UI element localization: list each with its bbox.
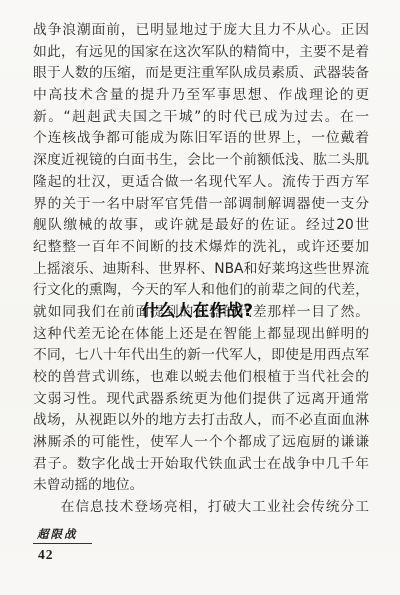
text-line: 校的兽营式训练，也难以蜕去他们根植于当代社会的 — [33, 367, 369, 389]
text-segment: 差那样一目了然。 — [253, 304, 369, 320]
scanned-book-page: { "document": { "language": "zh-CN", "bo… — [0, 0, 400, 595]
text-segment: 就如同我们在前面 — [33, 304, 150, 320]
text-line: 中高技术含量的提升乃至军事思想、作战理论的更 — [33, 85, 369, 107]
text-line: 不同，七八十年代出生的新一代军人，即使是用西点军 — [33, 345, 369, 367]
text-line: 文弱习性。现代武器系统更为他们提供了远离开通常 — [33, 389, 369, 411]
text-line: 行文化的熏陶，今天的军人和他们的前辈之间的代差， — [33, 280, 369, 302]
page-footer: 超限战 42 — [33, 523, 92, 563]
running-footer-book-title: 超限战 — [33, 526, 92, 544]
text-line: 新。“赳赳武夫国之干城”的时代已成为过去。在一 — [33, 107, 369, 129]
text-line: 战场，从视距以外的地方去打击敌人，而不必直面血淋 — [33, 410, 369, 432]
body-text-block: 战争浪潮面前，已明显地过于庞大且力不从心。正因如此，有远见的国家在这次军队的精简… — [33, 20, 369, 519]
text-line: 战争浪潮面前，已明显地过于庞大且力不从心。正因 — [33, 20, 369, 42]
text-line: 君子。数字化战士开始取代铁血武士在战争中几千年 — [33, 454, 369, 476]
text-line: 界的关于一名中尉军官凭借一部调制解调器使一支分 — [33, 194, 369, 216]
text-line: 就如同我们在前面提到的武器的代差那样一目了然。什么人在作战? — [33, 302, 369, 324]
text-line: 个连核战争都可能成为陈旧军语的世界上，一位戴着 — [33, 128, 369, 150]
text-line: 纪整整一百年不间断的技术爆炸的洗礼，或许还要加 — [33, 237, 369, 259]
text-line: 眼于人数的压缩，而是更注重军队成员素质、武器装备 — [33, 63, 369, 85]
text-line: 上摇滚乐、迪斯科、世界杯、NBA和好莱坞这些世界流 — [33, 259, 369, 281]
text-line: 在信息技术登场亮相，打破大工业社会传统分工 — [33, 497, 369, 519]
text-line: 这种代差无论在体能上还是在智能上都显现出鲜明的 — [33, 324, 369, 346]
text-line: 如此，有远见的国家在这次军队的精简中，主要不是着 — [33, 42, 369, 64]
text-line: 未曾动摇的地位。 — [33, 475, 369, 497]
text-line: 深度近视镜的白面书生，会比一个前额低浅、肱二头肌 — [33, 150, 369, 172]
text-line: 隆起的壮汉，更适合做一名现代军人。流传于西方军 — [33, 172, 369, 194]
text-line: 淋厮杀的可能性，使军人一个个都成了远庖厨的谦谦 — [33, 432, 369, 454]
overprinted-section-heading: 什么人在作战? — [142, 300, 253, 322]
text-line: 舰队缴械的故事，或许就是最好的佐证。经过20世 — [33, 215, 369, 237]
page-number: 42 — [38, 547, 92, 563]
